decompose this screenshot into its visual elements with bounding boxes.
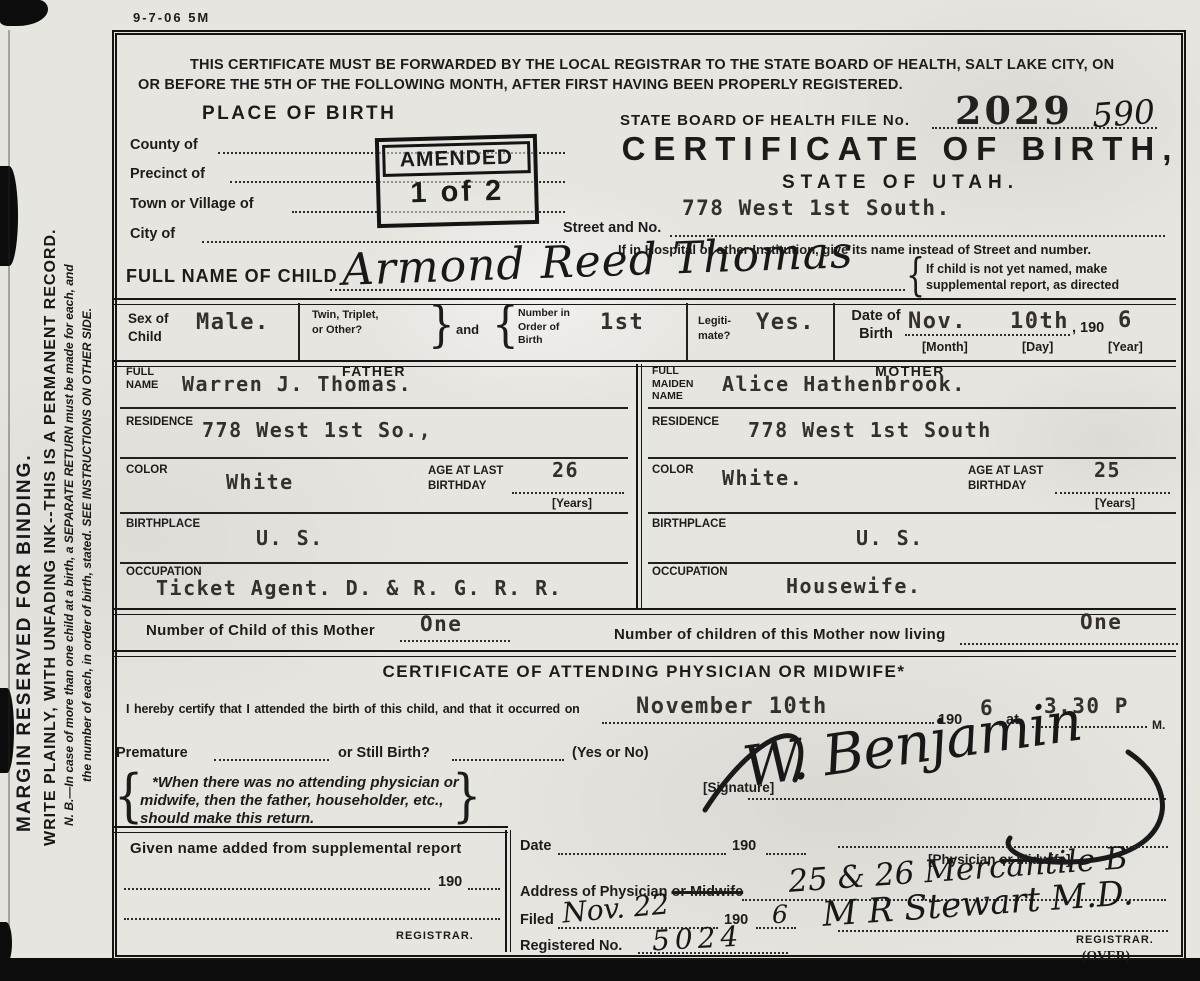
father-residence-value: 778 West 1st So.,	[202, 418, 432, 442]
margin-binding-note: MARGIN RESERVED FOR BINDING.	[14, 370, 36, 915]
mother-name-label: FULL MAIDEN NAME	[652, 365, 704, 403]
certify-text: I hereby certify that I attended the bir…	[126, 702, 580, 716]
order-value: 1st	[600, 310, 644, 335]
occurred-date-value: November 10th	[636, 694, 828, 719]
row-line	[120, 407, 628, 409]
scan-artifact	[0, 0, 48, 26]
legitimate-value: Yes.	[756, 310, 815, 335]
father-residence-label: RESIDENCE	[126, 416, 193, 428]
file-no-stamped: 2029	[955, 88, 1073, 133]
mother-occupation-label: OCCUPATION	[652, 566, 728, 578]
margin-write-plainly-note: WRITE PLAINLY, WITH UNFADING INK--THIS I…	[42, 115, 60, 960]
physician-note-brace-open: {	[114, 761, 143, 829]
dob-year-printed: , 190	[1072, 320, 1104, 336]
forwarding-notice-line1: THIS CERTIFICATE MUST BE FORWARDED BY TH…	[138, 55, 1150, 75]
file-no-label: STATE BOARD OF HEALTH FILE No.	[620, 112, 910, 129]
margin-nb-note-line2: the number of each, in order of birth, s…	[80, 125, 94, 965]
dotted-line	[124, 888, 430, 890]
father-color-value: White	[226, 470, 294, 494]
father-name-value: Warren J. Thomas.	[182, 372, 412, 396]
mother-years-bracket: [Years]	[1095, 496, 1135, 510]
physician-note-brace-close: }	[452, 761, 481, 829]
amended-stamp: AMENDED 1 of 2	[375, 134, 539, 228]
supplemental-registrar-label: REGISTRAR.	[396, 930, 474, 942]
scan-edge-line	[8, 30, 10, 930]
row-line	[648, 407, 1176, 409]
child-name-handwritten: Armond Reed Thomas	[341, 227, 854, 296]
order-label: Number in Order of Birth	[518, 307, 586, 348]
children-count-value2: One	[1080, 610, 1122, 634]
dotted-line	[748, 798, 1166, 800]
father-birthplace-label: BIRTHPLACE	[126, 518, 200, 530]
dotted-line	[838, 930, 1168, 932]
child-name-label: FULL NAME OF CHILD	[126, 266, 338, 287]
row-line	[120, 562, 628, 564]
father-years-bracket: [Years]	[552, 496, 592, 510]
father-birthplace-value: U. S.	[256, 526, 324, 550]
place-of-birth-heading: PLACE OF BIRTH	[202, 103, 396, 125]
supplemental-year: 190	[438, 874, 462, 890]
dotted-line	[766, 853, 806, 855]
amended-stamp-pages: 1 of 2	[380, 174, 535, 211]
mother-birthplace-label: BIRTHPLACE	[652, 518, 726, 530]
rule	[112, 298, 1176, 305]
legitimate-label: Legiti-mate?	[698, 314, 750, 344]
month-bracket: [Month]	[922, 340, 968, 354]
mother-age-label: AGE AT LAST BIRTHDAY	[968, 464, 1066, 494]
father-age-value: 26	[552, 458, 579, 482]
father-occupation-value: Ticket Agent. D. & R. G. R. R.	[156, 576, 562, 600]
dob-day-value: 10th	[1010, 309, 1069, 334]
print-code: 9-7-06 5M	[133, 10, 210, 25]
amended-stamp-text: AMENDED	[382, 141, 531, 177]
physician-cert-title: CERTIFICATE OF ATTENDING PHYSICIAN OR MI…	[112, 662, 1176, 682]
address-label-struck: or Midwife	[672, 884, 744, 900]
mother-residence-label: RESIDENCE	[652, 416, 719, 428]
dotted-line	[400, 640, 510, 642]
dotted-line	[468, 888, 500, 890]
file-no-handwritten: 590	[1091, 92, 1157, 135]
stillbirth-label: or Still Birth?	[338, 745, 430, 761]
children-count-label1: Number of Child of this Mother	[146, 622, 375, 639]
dotted-line	[960, 643, 1178, 645]
county-label: County of	[130, 137, 198, 153]
certificate-subtitle: STATE OF UTAH.	[618, 172, 1183, 194]
day-bracket: [Day]	[1022, 340, 1053, 354]
premature-label: Premature	[116, 745, 188, 761]
city-label: City of	[130, 226, 175, 242]
physician-note-line3: should make this return.	[140, 810, 314, 827]
and-brace-close: }	[428, 296, 455, 352]
physician-note-line1: *When there was no attending physician o…	[152, 774, 459, 791]
father-color-label: COLOR	[126, 464, 168, 476]
certificate-title: CERTIFICATE OF BIRTH,	[618, 130, 1183, 168]
mother-age-value: 25	[1094, 458, 1121, 482]
mother-color-value: White.	[722, 466, 803, 490]
not-named-note-line2: supplemental report, as directed	[926, 278, 1119, 292]
cert-m-label: M.	[1152, 718, 1165, 732]
not-named-note-line1: If child is not yet named, make	[926, 262, 1107, 276]
row-line	[120, 512, 628, 514]
mother-color-label: COLOR	[652, 464, 694, 476]
bottom-divider	[505, 830, 511, 952]
dotted-line	[512, 492, 624, 494]
filed-label: Filed	[520, 912, 554, 928]
divider	[686, 303, 688, 360]
date-year-printed: 190	[732, 838, 756, 854]
supplemental-title: Given name added from supplemental repor…	[130, 840, 462, 857]
dob-month-value: Nov.	[908, 309, 967, 334]
dob-label: Date of Birth	[845, 307, 907, 343]
registered-no-label: Registered No.	[520, 938, 622, 954]
precinct-label: Precinct of	[130, 166, 205, 182]
dotted-line	[558, 853, 726, 855]
dotted-line	[214, 759, 329, 761]
father-age-label: AGE AT LAST BIRTHDAY	[428, 464, 526, 494]
date-label: Date	[520, 838, 551, 854]
registrar-label: REGISTRAR.	[1076, 934, 1154, 946]
children-count-value1: One	[420, 612, 462, 636]
rule	[112, 650, 1176, 657]
over-label: (OVER)	[1082, 948, 1130, 964]
scan-artifact	[0, 688, 14, 773]
rule	[112, 608, 1176, 615]
dob-year-written: 6	[1118, 308, 1133, 333]
mother-birthplace-value: U. S.	[856, 526, 924, 550]
sex-value: Male.	[196, 310, 270, 335]
filed-year-handwritten: 6	[772, 900, 788, 929]
children-count-label2: Number of children of this Mother now li…	[614, 626, 946, 643]
bottom-black-bar	[0, 958, 1200, 981]
mother-residence-value: 778 West 1st South	[748, 418, 992, 442]
street-value: 778 West 1st South.	[682, 196, 951, 220]
row-line	[648, 562, 1176, 564]
yes-no-label: (Yes or No)	[572, 745, 649, 761]
town-label: Town or Village of	[130, 196, 254, 212]
parents-divider	[636, 364, 642, 608]
not-named-brace: {	[906, 249, 925, 302]
physician-note-line2: midwife, then the father, householder, e…	[140, 792, 443, 809]
registered-no-handwritten: 5024	[651, 920, 744, 958]
sex-label: Sex of Child	[128, 310, 178, 345]
twin-label: Twin, Triplet, or Other?	[312, 308, 384, 338]
row-line	[648, 512, 1176, 514]
divider	[298, 303, 300, 360]
mother-name-value: Alice Hathenbrook.	[722, 372, 966, 396]
rule	[112, 826, 508, 833]
divider	[833, 303, 835, 360]
margin-nb-note-line1: N. B.—In case of more than one child at …	[62, 125, 76, 965]
dotted-line	[124, 918, 500, 920]
mother-occupation-value: Housewife.	[786, 574, 921, 598]
dotted-line	[905, 334, 1070, 336]
and-brace-open: {	[492, 296, 519, 352]
birth-certificate-scan: MARGIN RESERVED FOR BINDING. WRITE PLAIN…	[0, 0, 1200, 981]
year-bracket: [Year]	[1108, 340, 1143, 354]
father-name-label: FULL NAME	[126, 366, 168, 392]
dotted-line	[1055, 492, 1170, 494]
and-label: and	[456, 322, 479, 337]
